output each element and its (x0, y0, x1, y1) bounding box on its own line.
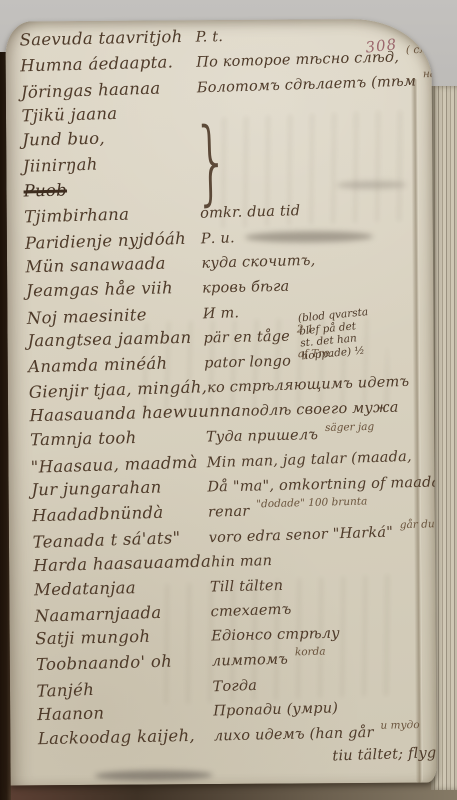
superscript-note: säger jag (325, 422, 374, 434)
gloss-text: Till tälten (210, 578, 284, 594)
source-word: Toobnaando' oh (36, 653, 212, 674)
gloss-text: ко стрѣляющимъ идетъ (207, 375, 410, 396)
gloss-text: hin man (211, 554, 272, 570)
gloss-text: renar (208, 504, 250, 520)
gloss-text: Тогда (212, 679, 257, 695)
pencil-smudge (95, 770, 213, 781)
source-word: Tanjéh (36, 678, 212, 700)
gloss-text: Туда пришелъ (206, 428, 318, 445)
source-word: Medatanjaa (34, 578, 210, 598)
source-word: Anamda minéáh (28, 354, 204, 375)
manuscript-page: 308 } Saevuda taavritjohP. t.Humna áedaa… (5, 19, 436, 786)
gloss-text: кровь бѣга (202, 280, 290, 296)
source-word: Harda haasauaamda (33, 553, 211, 574)
gloss-text: pär en tåge (203, 329, 290, 345)
gloss-text: куда скочитъ, (201, 254, 315, 271)
superscript-note: и тудо (380, 720, 419, 731)
source-word: Humna áedaapta. (20, 54, 196, 75)
gloss-text: По которое тѣсно слѣд, (196, 50, 399, 70)
gloss-text: Едіонсо стрѣлу (211, 627, 340, 644)
superscript-note: ( смотр. (406, 44, 437, 56)
superscript-note: korda (295, 647, 326, 658)
source-word: Haadadbnündà (32, 504, 208, 525)
gloss-text: voro edra senor "Harká" (208, 525, 393, 545)
source-word: Jaangtsea jaamban (27, 329, 203, 349)
source-word: Haasauanda haewuunna (29, 403, 241, 425)
source-word: Jund buo, (22, 128, 198, 148)
source-word: Tjimbirhana (24, 205, 200, 226)
source-word: Paridienje nyjdóáh (25, 230, 201, 252)
source-word: Lackoodag kaijeh, (38, 727, 214, 747)
source-word: Jöringas haanaa (21, 79, 197, 101)
source-word: Haanon (37, 703, 213, 724)
source-word: Teanada t sá'ats" (32, 529, 208, 551)
superscript-note: "dodade" 100 brunta (256, 496, 367, 509)
gloss-text: стехаетъ (210, 603, 291, 620)
superscript-note: наа, убѣся) (423, 67, 437, 80)
source-word: Puob (23, 183, 67, 200)
gloss-text: pator longo (204, 354, 291, 371)
source-word: Tamnja tooh (30, 429, 206, 449)
source-word: Mün sanawaada (25, 255, 201, 276)
gloss-text: Болотомъ сдѣлаетъ (тѣм (197, 74, 417, 95)
source-word: Noj maesinite (27, 305, 203, 327)
source-word: Tjikü jaana (21, 103, 197, 124)
source-word: Gienjir tjaa, mingáh, (29, 380, 208, 402)
gloss-text: Min man, jag talar (maada, (207, 450, 413, 471)
gloss-text: подлѣ своего мужа (241, 401, 399, 420)
gloss-text: лимтомъ (212, 653, 289, 669)
source-word: Saevuda taavritjoh (19, 29, 195, 49)
photograph: 308 } Saevuda taavritjohP. t.Humna áedaa… (0, 0, 457, 800)
source-word: "Haasaua, maadmà (31, 454, 207, 476)
gloss-text: P. t. (195, 30, 223, 45)
gloss-text: Р. и. (201, 231, 235, 247)
source-word: Satji mungoh (35, 628, 211, 648)
source-word (157, 760, 333, 766)
gloss-text: лихо идемъ (han går (214, 726, 374, 744)
superscript-note: går du (400, 519, 435, 531)
gloss-text: И т. (203, 306, 240, 322)
source-word: Jur jungarahan (31, 479, 207, 499)
gloss-text: Пропади (умри) (213, 701, 338, 719)
source-word: Naamarnjaada (34, 604, 210, 626)
gloss-text: omkr. dua tid (200, 204, 300, 221)
gloss-text: Då "ma", omkortning of maadam) (207, 475, 436, 495)
source-word: Jiinirŋah (23, 154, 199, 176)
source-word: Jeamgas håe viih (26, 280, 202, 300)
manuscript-lines: Saevuda taavritjohP. t.Humna áedaapta.По… (19, 23, 436, 782)
